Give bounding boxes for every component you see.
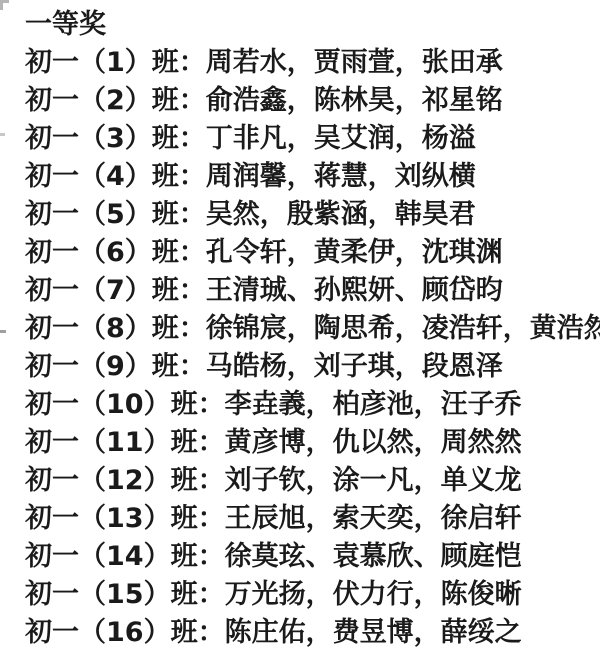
- award-line: 初一（14）班：徐莫玹、袁慕欣、顾庭恺: [25, 538, 600, 576]
- class-label: 初一（9）班：: [25, 351, 206, 382]
- award-line: 初一（10）班：李垚義，柏彦池，汪子乔: [25, 386, 600, 424]
- winner-names: 孔令轩，黄柔伊，沈琪渊: [206, 237, 503, 268]
- class-label: 初一（8）班：: [25, 313, 206, 344]
- award-line: 初一（12）班：刘子钦，涂一凡，单义龙: [25, 462, 600, 500]
- class-label: 初一（4）班：: [25, 161, 206, 192]
- award-title: 一等奖: [25, 6, 600, 44]
- award-line: 初一（4）班：周润馨，蒋慧，刘纵横: [25, 158, 600, 196]
- award-line: 初一（6）班：孔令轩，黄柔伊，沈琪渊: [25, 234, 600, 272]
- award-line: 初一（5）班：吴然，殷紫涵，韩昊君: [25, 196, 600, 234]
- class-label: 初一（15）班：: [25, 579, 225, 610]
- winner-names: 马皓杨，刘子琪，段恩泽: [206, 351, 503, 382]
- winner-names: 刘子钦，涂一凡，单义龙: [225, 465, 522, 496]
- winner-names: 徐莫玹、袁慕欣、顾庭恺: [225, 541, 522, 572]
- class-label: 初一（14）班：: [25, 541, 225, 572]
- class-label: 初一（5）班：: [25, 199, 206, 230]
- award-line: 初一（1）班：周若水，贾雨萱，张田承: [25, 44, 600, 82]
- award-line: 初一（15）班：万光扬，伏力行，陈俊晰: [25, 576, 600, 614]
- winner-names: 徐锦宸，陶思希，凌浩轩，黄浩然: [206, 313, 600, 344]
- class-label: 初一（13）班：: [25, 503, 225, 534]
- winner-names: 王清珹、孙熙妍、顾岱昀: [206, 275, 503, 306]
- winner-names: 李垚義，柏彦池，汪子乔: [225, 389, 522, 420]
- award-line: 初一（7）班：王清珹、孙熙妍、顾岱昀: [25, 272, 600, 310]
- award-line: 初一（9）班：马皓杨，刘子琪，段恩泽: [25, 348, 600, 386]
- winner-names: 俞浩鑫，陈林昊，祁星铭: [206, 85, 503, 116]
- award-line: 初一（16）班：陈庄佑，费昱博，薛绥之: [25, 614, 600, 652]
- class-label: 初一（11）班：: [25, 427, 225, 458]
- class-label: 初一（7）班：: [25, 275, 206, 306]
- class-label: 初一（3）班：: [25, 123, 206, 154]
- award-line: 初一（2）班：俞浩鑫，陈林昊，祁星铭: [25, 82, 600, 120]
- award-line: 初一（8）班：徐锦宸，陶思希，凌浩轩，黄浩然: [25, 310, 600, 348]
- award-list: 一等奖 初一（1）班：周若水，贾雨萱，张田承 初一（2）班：俞浩鑫，陈林昊，祁星…: [25, 6, 600, 652]
- winner-names: 陈庄佑，费昱博，薛绥之: [225, 617, 522, 648]
- class-label: 初一（16）班：: [25, 617, 225, 648]
- class-label: 初一（10）班：: [25, 389, 225, 420]
- award-line: 初一（3）班：丁非凡，吴艾润，杨溢: [25, 120, 600, 158]
- award-line: 初一（11）班：黄彦博，仇以然，周然然: [25, 424, 600, 462]
- class-label: 初一（6）班：: [25, 237, 206, 268]
- winner-names: 王辰旭，索天奕，徐启轩: [225, 503, 522, 534]
- award-line: 初一（13）班：王辰旭，索天奕，徐启轩: [25, 500, 600, 538]
- winner-names: 周若水，贾雨萱，张田承: [206, 47, 503, 78]
- class-label: 初一（12）班：: [25, 465, 225, 496]
- scan-artifact-tick: [0, 330, 6, 333]
- scan-artifact-corner: [0, 0, 3, 10]
- class-label: 初一（1）班：: [25, 47, 206, 78]
- winner-names: 万光扬，伏力行，陈俊晰: [225, 579, 522, 610]
- winner-names: 吴然，殷紫涵，韩昊君: [206, 199, 476, 230]
- winner-names: 黄彦博，仇以然，周然然: [225, 427, 522, 458]
- winner-names: 丁非凡，吴艾润，杨溢: [206, 123, 476, 154]
- scan-artifact-tick: [0, 133, 5, 136]
- winner-names: 周润馨，蒋慧，刘纵横: [206, 161, 476, 192]
- class-label: 初一（2）班：: [25, 85, 206, 116]
